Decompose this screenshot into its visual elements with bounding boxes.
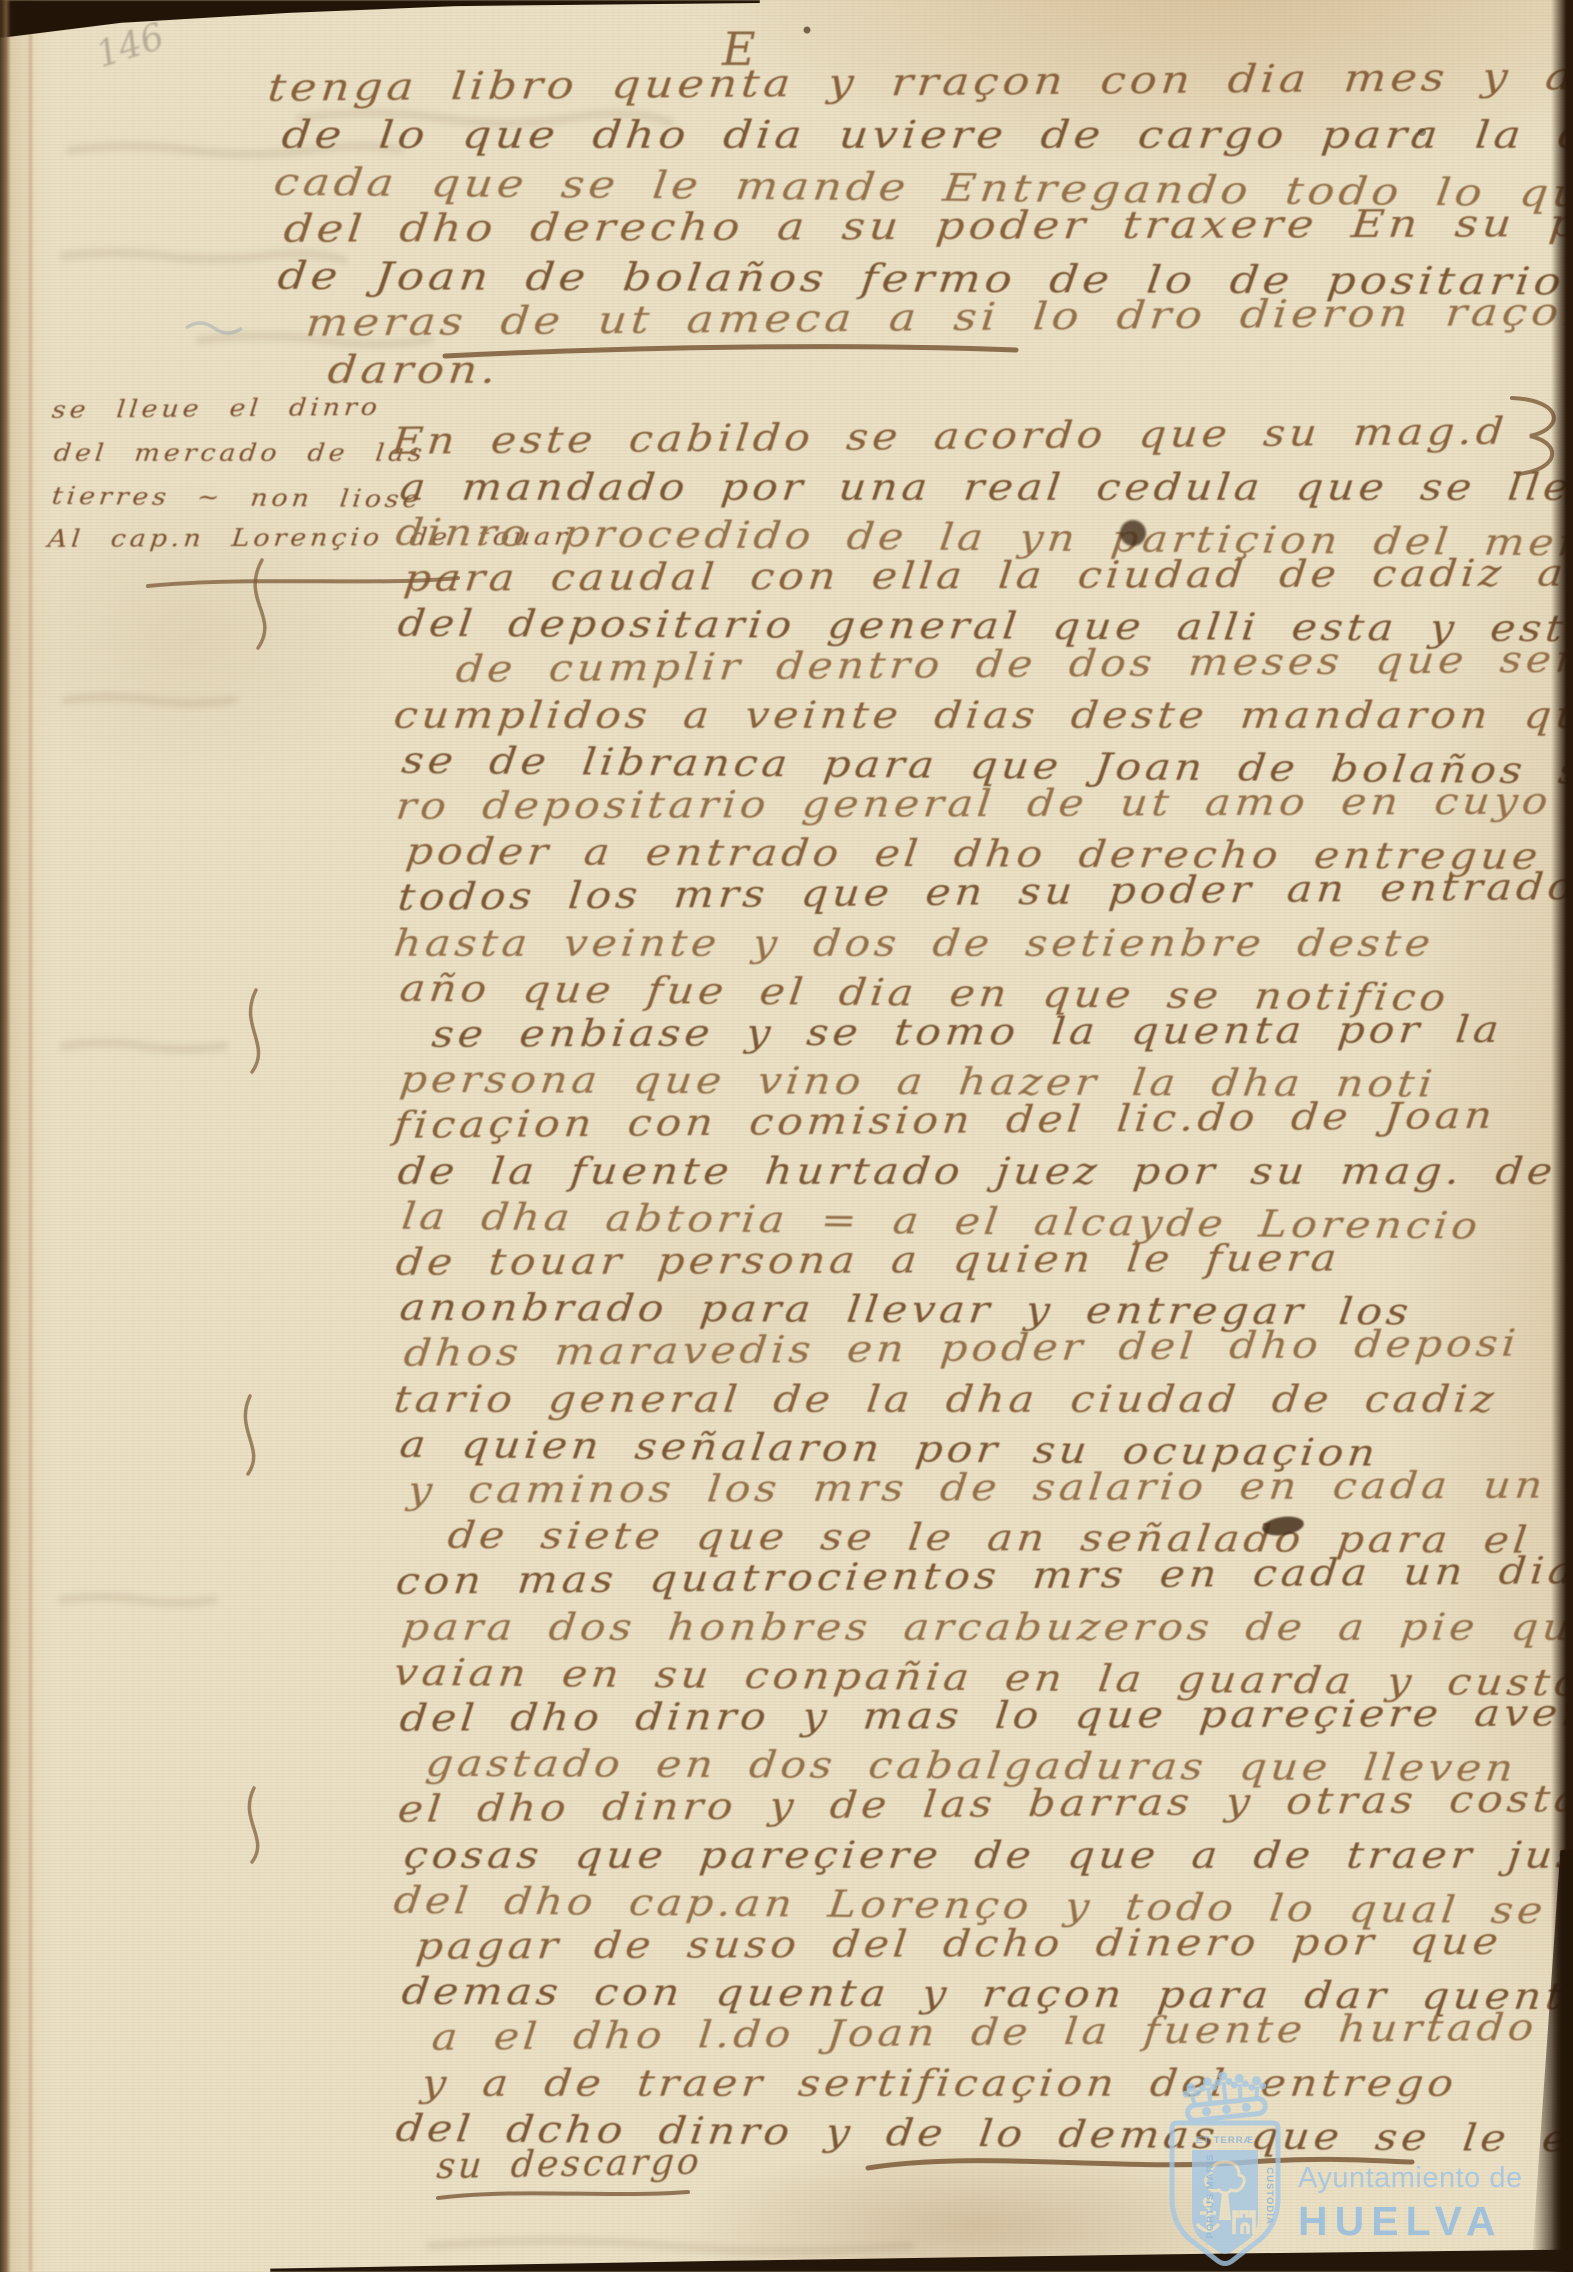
manuscript-line: dhos maravedis en poder del dho deposi — [402, 1322, 1521, 1375]
manuscript-line: En este cabildo se acordo que su mag.d — [390, 410, 1509, 463]
crest-motto-left: PORTUS MARIS — [1205, 2154, 1216, 2239]
watermark-wordmark: Ayuntamiento de HUELVA — [1298, 2162, 1523, 2245]
manuscript-line: cumplidos a veinte dias deste mandaron q… — [392, 694, 1573, 737]
second-entry-paragraph: En este cabildo se acordo que su mag.da … — [0, 0, 1573, 2272]
manuscript-page: 146 E tenga libro quenta y rraçon con di… — [0, 0, 1573, 2272]
archive-watermark: ET TERRÆ PORTUS MARIS CUSTODIA Ayuntamie… — [1150, 2066, 1570, 2272]
manuscript-line: se enbiase y se tomo la quenta por la — [430, 1008, 1505, 1056]
watermark-org-name: Ayuntamiento de — [1298, 2162, 1523, 2195]
manuscript-line: para caudal con ella la ciudad de cadiz … — [402, 551, 1573, 600]
manuscript-line: çosas que pareçiere de que a de traer ju… — [402, 1834, 1573, 1877]
manuscript-line: de la fuente hurtado juez por su mag. de — [396, 1150, 1559, 1193]
manuscript-line: y caminos los mrs de salario en cada un … — [406, 1463, 1573, 1512]
crest-motto-top: ET TERRÆ — [1196, 2135, 1254, 2146]
manuscript-line: pagar de suso del dcho dinero por que — [414, 1920, 1504, 1968]
huelva-crest: ET TERRÆ PORTUS MARIS CUSTODIA — [1150, 2066, 1300, 2272]
closing-phrase: su descargo — [435, 2142, 704, 2188]
manuscript-line: de touar persona a quien le fuera — [394, 1236, 1343, 1283]
manuscript-line: a mandado por una real cedula que se lle… — [398, 466, 1573, 509]
manuscript-line: hasta veinte y dos de setienbre deste — [392, 922, 1437, 965]
manuscript-line: a el dho l.do Joan de la fuente hurtado — [430, 2006, 1540, 2059]
manuscript-line: tario general de la dha ciudad de cadiz — [392, 1378, 1500, 1421]
watermark-city-name: HUELVA — [1298, 2198, 1523, 2245]
crest-motto-right: CUSTODIA — [1264, 2167, 1275, 2224]
manuscript-line: del dho dinro y mas lo que pareçiere ave… — [398, 1691, 1573, 1739]
manuscript-line: ficaçion con comision del lic.do de Joan — [392, 1094, 1498, 1147]
manuscript-line: ro depositario general de ut amo en cuyo — [394, 780, 1554, 828]
manuscript-line: para dos honbres arcabuzeros de a pie qu… — [400, 1606, 1573, 1649]
